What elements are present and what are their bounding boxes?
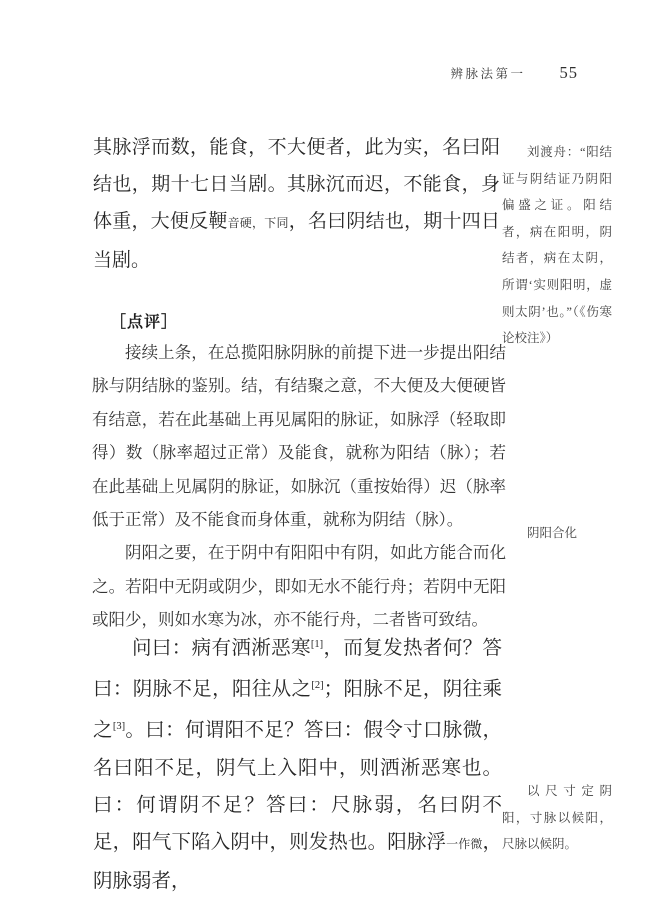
footnote-ref-1: [1] [311,639,323,650]
classic-2-text-d: 。曰：何谓阳不足？答曰：假令寸口脉微，名曰阳不足，阴气上入阳中，则洒淅恶寒也。曰… [93,720,502,853]
commentary-paragraph-2: 阴阳之要，在于阴中有阳阳中有阴，如此方能合而化之。若阳中无阴或阴少，即如无水不能… [92,536,506,636]
footnote-ref-3: [3] [113,721,125,732]
inline-variant-note: 一作微 [446,837,482,851]
footnote-ref-2: [2] [311,680,323,691]
running-head: 辨脉法第一 55 [0,63,578,83]
page-number: 55 [560,63,579,83]
book-page: 辨脉法第一 55 其脉浮而数，能食，不大便者，此为实，名曰阳结也，期十七日当剧。… [0,0,650,917]
classic-text-paragraph-2: 问曰：病有洒淅恶寒[1]，而复发热者何？答曰：阴脉不足，阳往从之[2]；阳脉不足… [93,626,502,900]
classic-text-paragraph-1: 其脉浮而数，能食，不大便者，此为实，名曰阳结也，期十七日当剧。其脉沉而迟，不能食… [93,129,500,279]
margin-note-chicun-yinyang: 以尺寸定阴阳，寸脉以候阳，尺脉以候阴。 [502,778,612,858]
chapter-title: 辨脉法第一 [450,64,525,82]
inline-pronunciation-note: 音硬，下同 [228,216,289,230]
commentary-block: 接续上条，在总揽阳脉阴脉的前提下进一步提出阳结脉与阴结脉的鉴别。结，有结聚之意，… [92,336,506,637]
margin-note-liu-duzhou-quote: 刘渡舟：“阳结证与阴结证乃阴阳偏盛之证。阳结者，病在阳明，阴结者，病在太阴，所谓… [502,139,612,352]
classic-2-text-a: 问曰：病有洒淅恶寒 [132,638,311,659]
margin-note-yinyang-hehua: 阴阳合化 [502,520,612,547]
commentary-section-label: ［点评］ [110,309,178,332]
commentary-paragraph-1: 接续上条，在总揽阳脉阴脉的前提下进一步提出阳结脉与阴结脉的鉴别。结，有结聚之意，… [92,336,506,536]
